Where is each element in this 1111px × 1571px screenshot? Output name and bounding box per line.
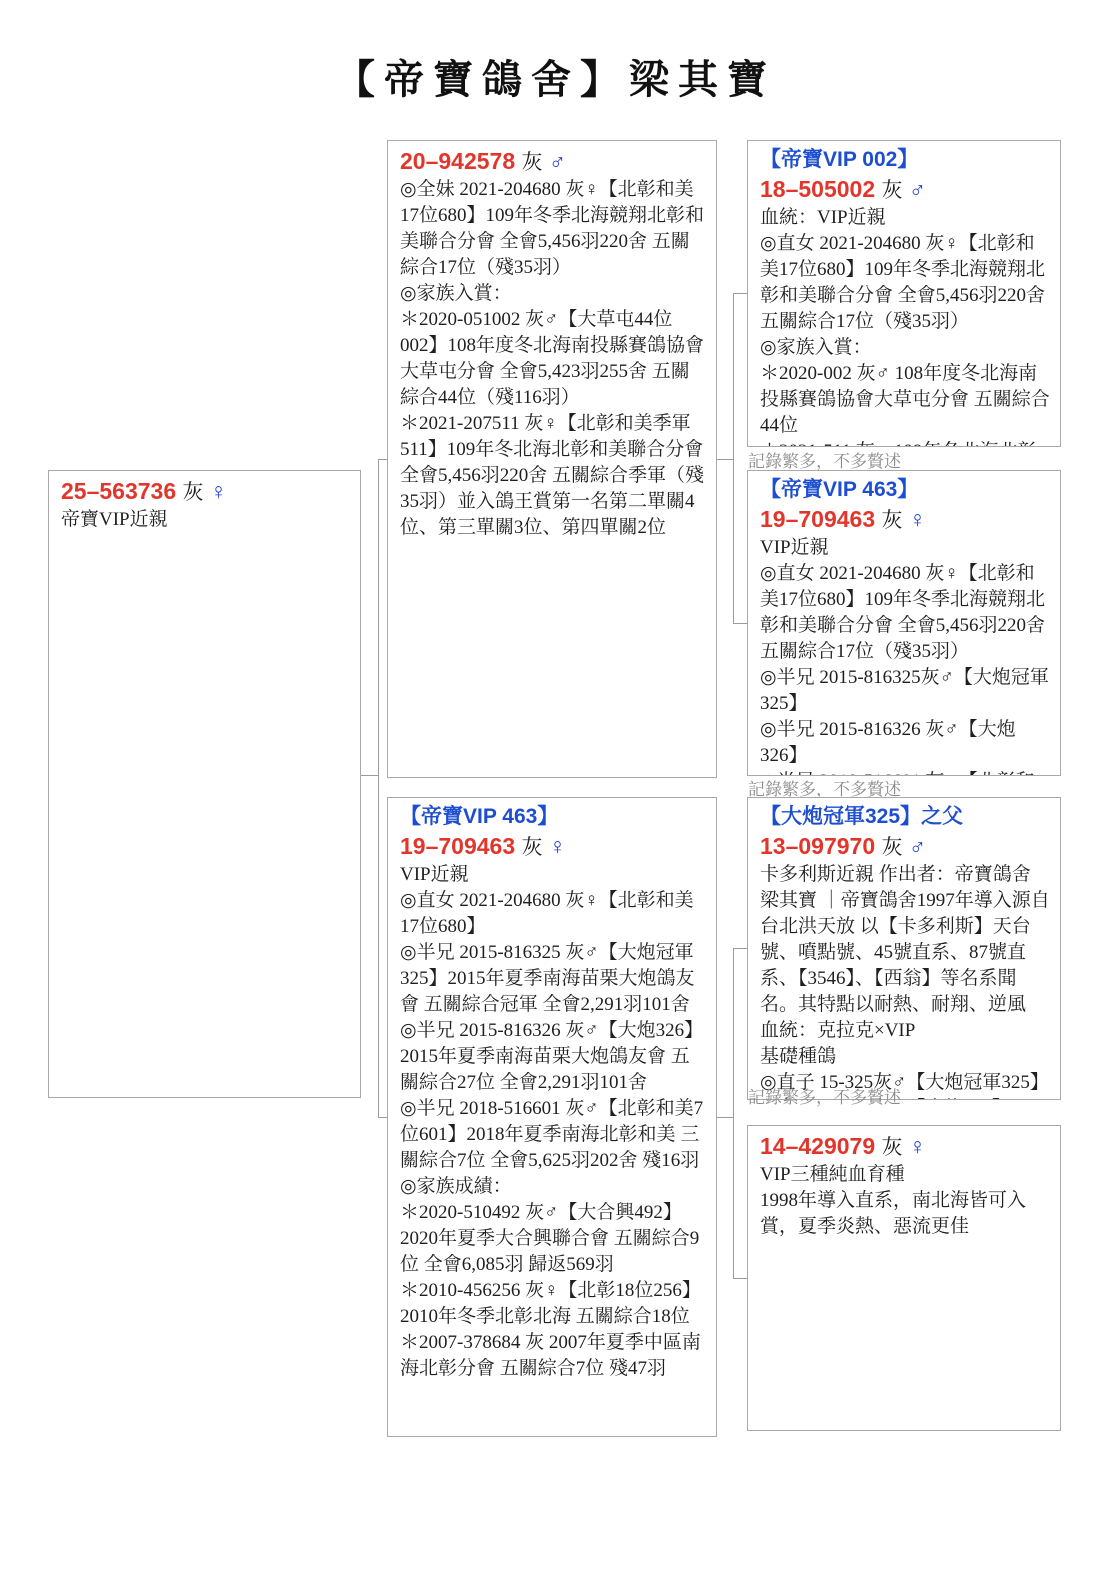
pedigree-line: VIP近親: [760, 535, 1050, 561]
records-note: 記錄繁多，不多贅述: [748, 1087, 901, 1109]
pedigree-box-sire-dam: 【帝寶VIP 463】 19–709463 灰 ♀ VIP近親 ◎直女 2021…: [747, 470, 1061, 776]
pedigree-line: ＊2010-456256 灰♀【北彰18位256】2010年冬季北彰北海 五關綜…: [400, 1278, 706, 1330]
connector-line: [733, 948, 734, 1278]
pedigree-line: 血統：VIP近親: [760, 205, 1050, 231]
connector-line: [733, 948, 747, 949]
connector-line: [733, 293, 734, 623]
pedigree-box-dam: 【帝寶VIP 463】 19–709463 灰 ♀ VIP近親 ◎直女 2021…: [387, 797, 717, 1437]
bird-id: 20–942578: [400, 148, 515, 174]
pedigree-line: ◎半兄 2018-516601 灰♂【北彰和美7位601】2018年夏季南海北彰…: [400, 1096, 706, 1174]
bird-id-line: 19–709463 灰 ♀: [760, 504, 1050, 535]
bird-color: 灰: [522, 835, 543, 859]
pedigree-line: ◎家族入賞：: [760, 335, 1050, 361]
pedigree-line: 1998年導入直系，南北海皆可入賞，夏季炎熱、惡流更佳: [760, 1188, 1050, 1240]
pedigree-line: ＊2020-510492 灰♂【大合興492】2020年夏季大合興聯合會 五關綜…: [400, 1200, 706, 1278]
pedigree-line: ＊2007-378684 灰 2007年夏季中區南海北彰分會 五關綜合7位 殘4…: [400, 1330, 706, 1382]
pedigree-box-sire-sire: 【帝寶VIP 002】 18–505002 灰 ♂ 血統：VIP近親 ◎直女 2…: [747, 140, 1061, 447]
pedigree-line: 帝寶VIP近親: [61, 507, 350, 533]
pedigree-line: 血統：克拉克×VIP: [760, 1018, 1050, 1044]
bird-id: 13–097970: [760, 833, 875, 859]
pedigree-box-sire: 20–942578 灰 ♂ ◎全妹 2021-204680 灰♀【北彰和美17位…: [387, 140, 717, 778]
pedigree-box-dam-dam: 14–429079 灰 ♀ VIP三種純血育種 1998年導入直系，南北海皆可入…: [747, 1125, 1061, 1431]
box-header: 【帝寶VIP 463】: [400, 803, 706, 831]
bird-id-line: 25–563736 灰 ♀: [61, 476, 350, 507]
bird-color: 灰: [882, 1135, 903, 1159]
pedigree-line: ◎直女 2021-204680 灰♀【北彰和美17位680】109年冬季北海競翔…: [760, 561, 1050, 665]
bird-id-line: 18–505002 灰 ♂: [760, 174, 1050, 205]
pedigree-line: ◎半兄 2015-816326 灰♂【大炮326】: [760, 717, 1050, 769]
pedigree-line: ◎家族成績：: [400, 1174, 706, 1200]
pedigree-chart: 【帝寶鴿舍】梁其寶 25–563736 灰 ♀ 帝寶VIP近親 20–94257…: [0, 0, 1111, 1571]
male-symbol: ♂: [909, 833, 926, 859]
pedigree-line: VIP近親: [400, 862, 706, 888]
bird-id-line: 20–942578 灰 ♂: [400, 146, 706, 177]
bird-id: 18–505002: [760, 176, 875, 202]
bird-color: 灰: [882, 508, 903, 532]
connector-line: [378, 459, 379, 1117]
connector-line: [717, 1117, 733, 1118]
male-symbol: ♂: [909, 176, 926, 202]
pedigree-line: 卡多利斯近親 作出者：帝寶鴿舍 梁其寶 ｜帝寶鴿舍1997年導入源自 台北洪天放…: [760, 862, 1050, 1018]
bird-id: 25–563736: [61, 478, 176, 504]
bird-id-line: 14–429079 灰 ♀: [760, 1131, 1050, 1162]
pedigree-line: VIP三種純血育種: [760, 1162, 1050, 1188]
box-header: 【大炮冠軍325】之父: [760, 803, 1050, 831]
page-title: 【帝寶鴿舍】梁其寶: [0, 48, 1111, 105]
pedigree-line: ◎半兄 2018-516601 灰♂【北彰和美7位601】: [760, 769, 1050, 776]
bird-id: 14–429079: [760, 1133, 875, 1159]
pedigree-line: ◎直女 2021-204680 灰♀【北彰和美17位680】109年冬季北海競翔…: [760, 231, 1050, 335]
pedigree-line: ◎半兄 2015-816326 灰♂【大炮326】2015年夏季南海苗栗大炮鴿友…: [400, 1018, 706, 1096]
pedigree-line: ◎全妹 2021-204680 灰♀【北彰和美17位680】109年冬季北海競翔…: [400, 177, 706, 281]
connector-line: [733, 1278, 747, 1279]
female-symbol: ♀: [909, 506, 926, 532]
bird-id: 19–709463: [400, 833, 515, 859]
pedigree-box-subject: 25–563736 灰 ♀ 帝寶VIP近親: [48, 470, 361, 1098]
pedigree-line: ＊2021-511 灰♀ 109年冬北海北彰和美聯合分會 五關綜合季軍: [760, 439, 1050, 447]
pedigree-line: ＊2020-051002 灰♂【大草屯44位002】108年度冬北海南投縣賽鴿協…: [400, 307, 706, 411]
bird-id-line: 19–709463 灰 ♀: [400, 831, 706, 862]
pedigree-line: ◎半兄 2015-816325 灰♂【大炮冠軍325】2015年夏季南海苗栗大炮…: [400, 940, 706, 1018]
bird-id-line: 13–097970 灰 ♂: [760, 831, 1050, 862]
female-symbol: ♀: [210, 478, 227, 504]
bird-color: 灰: [183, 480, 204, 504]
connector-line: [378, 459, 387, 460]
pedigree-line: 基礎種鴿: [760, 1044, 1050, 1070]
box-header: 【帝寶VIP 002】: [760, 146, 1050, 174]
pedigree-box-dam-sire: 【大炮冠軍325】之父 13–097970 灰 ♂ 卡多利斯近親 作出者：帝寶鴿…: [747, 797, 1061, 1100]
pedigree-line: ＊2020-002 灰♂ 108年度冬北海南投縣賽鴿協會大草屯分會 五關綜合44…: [760, 361, 1050, 439]
pedigree-line: ◎半兄 2015-816325灰♂【大炮冠軍325】: [760, 665, 1050, 717]
bird-color: 灰: [522, 150, 543, 174]
connector-line: [378, 1117, 387, 1118]
female-symbol: ♀: [549, 833, 566, 859]
pedigree-line: ＊2021-207511 灰♀【北彰和美季軍511】109年冬北海北彰和美聯合分…: [400, 411, 706, 541]
bird-color: 灰: [882, 835, 903, 859]
bird-color: 灰: [882, 178, 903, 202]
connector-line: [361, 775, 378, 776]
connector-line: [717, 459, 733, 460]
connector-line: [733, 623, 747, 624]
female-symbol: ♀: [909, 1133, 926, 1159]
male-symbol: ♂: [549, 148, 566, 174]
connector-line: [733, 293, 747, 294]
pedigree-line: ◎家族入賞：: [400, 281, 706, 307]
bird-id: 19–709463: [760, 506, 875, 532]
box-header: 【帝寶VIP 463】: [760, 476, 1050, 504]
pedigree-line: ◎直女 2021-204680 灰♀【北彰和美17位680】: [400, 888, 706, 940]
